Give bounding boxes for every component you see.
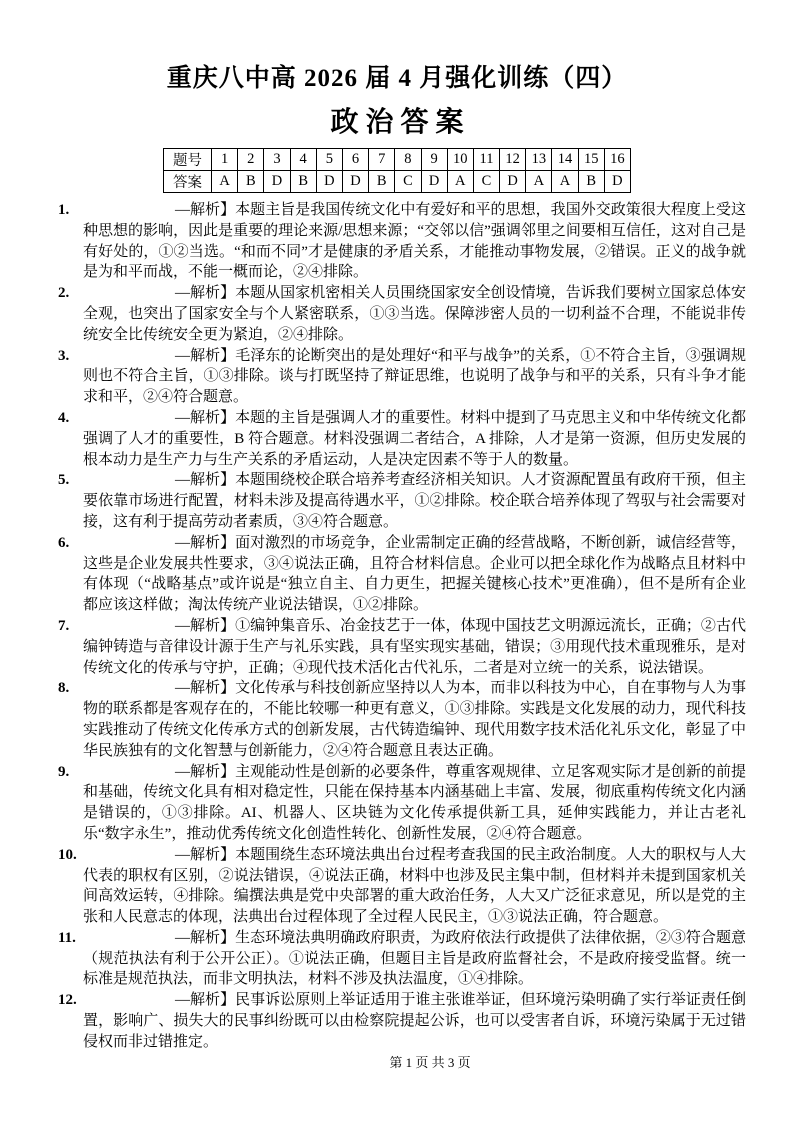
explanation-item: 6.—解析】面对激烈的市场竞争，企业需制定正确的经营战略，不断创新，诚信经营等，…: [0, 533, 794, 616]
explanation-item: 2.—解析】本题从国家机密相关人员围绕国家安全创设情境，告诉我们要树立国家总体安…: [0, 283, 794, 345]
subject-answer-heading: 政 治 答 案: [0, 105, 794, 141]
question-number-cell: 8: [395, 149, 421, 171]
answer-cell: A: [212, 171, 238, 193]
question-number: 7.: [58, 616, 69, 637]
row-label-cell: 题号: [164, 149, 212, 171]
question-number-cell: 4: [290, 149, 316, 171]
question-number-cell: 11: [473, 149, 499, 171]
question-number: 4.: [58, 408, 69, 429]
answer-cell: D: [500, 171, 526, 193]
explanation-item: 7.—解析】①编钟集音乐、冶金技艺于一体，体现中国技艺文明源远流长，正确；②古代…: [0, 616, 794, 678]
row-label-cell: 答案: [164, 171, 212, 193]
explanation-text: —解析】主观能动性是创新的必要条件，尊重客观规律、立足客观实际才是创新的前提和基…: [83, 762, 746, 845]
answer-cell: B: [290, 171, 316, 193]
question-number: 12.: [58, 990, 77, 1011]
answer-cell: D: [342, 171, 368, 193]
answer-cell: B: [238, 171, 264, 193]
question-number: 1.: [58, 200, 69, 221]
question-number: 11.: [58, 928, 76, 949]
question-number: 8.: [58, 678, 69, 699]
question-number-row: 题号12345678910111213141516: [164, 149, 631, 171]
question-number-cell: 13: [526, 149, 552, 171]
explanation-text: —解析】本题从国家机密相关人员围绕国家安全创设情境，告诉我们要树立国家总体安全观…: [83, 283, 746, 345]
explanation-text: —解析】面对激烈的市场竞争，企业需制定正确的经营战略，不断创新，诚信经营等，这些…: [83, 533, 746, 616]
answer-cell: C: [473, 171, 499, 193]
answer-row: 答案ABDBDDBCDACDAABD: [164, 171, 631, 193]
explanation-item: 8.—解析】文化传承与科技创新应坚持以人为本，而非以科技为中心，自在事物与人为事…: [0, 678, 794, 761]
answer-cell: C: [395, 171, 421, 193]
explanation-item: 10.—解析】本题围绕生态环境法典出台过程考查我国的民主政治制度。人大的职权与人…: [0, 845, 794, 928]
question-number: 6.: [58, 533, 69, 554]
explanation-item: 11.—解析】生态环境法典明确政府职责，为政府依法行政提供了法律依据，②③符合题…: [0, 928, 794, 990]
answer-cell: A: [447, 171, 473, 193]
question-number-cell: 2: [238, 149, 264, 171]
document-title: 重庆八中高 2026 届 4 月强化训练（四）: [0, 0, 794, 95]
question-number: 5.: [58, 470, 69, 491]
question-number-cell: 10: [447, 149, 473, 171]
answer-table: 题号12345678910111213141516答案ABDBDDBCDACDA…: [163, 148, 631, 193]
explanation-text: —解析】①编钟集音乐、冶金技艺于一体，体现中国技艺文明源远流长，正确；②古代编钟…: [83, 616, 746, 678]
question-number: 2.: [58, 283, 69, 304]
explanation-text: —解析】本题围绕校企联合培养考查经济相关知识。人才资源配置虽有政府干预，但主要依…: [83, 470, 746, 532]
answer-cell: B: [578, 171, 604, 193]
explanation-item: 4.—解析】本题的主旨是强调人才的重要性。材料中提到了马克思主义和中华传统文化都…: [0, 408, 794, 470]
explanation-text: —解析】文化传承与科技创新应坚持以人为本，而非以科技为中心，自在事物与人为事物的…: [83, 678, 746, 761]
question-number-cell: 9: [421, 149, 447, 171]
question-number-cell: 7: [369, 149, 395, 171]
question-number-cell: 12: [500, 149, 526, 171]
question-number-cell: 14: [552, 149, 578, 171]
explanation-list: 1.—解析】本题主旨是我国传统文化中有爱好和平的思想，我国外交政策很大程度上受这…: [0, 200, 794, 1053]
answer-cell: A: [552, 171, 578, 193]
explanation-text: —解析】毛泽东的论断突出的是处理好“和平与战争”的关系，①不符合主旨，③强调规则…: [83, 346, 746, 408]
explanation-text: —解析】民事诉讼原则上举证适用于谁主张谁举证，但环境污染明确了实行举证责任倒置，…: [83, 990, 746, 1052]
answer-cell: D: [264, 171, 290, 193]
answer-cell: B: [369, 171, 395, 193]
question-number-cell: 5: [316, 149, 342, 171]
explanation-text: —解析】本题的主旨是强调人才的重要性。材料中提到了马克思主义和中华传统文化都强调…: [83, 408, 746, 470]
question-number: 3.: [58, 346, 69, 367]
answer-cell: D: [421, 171, 447, 193]
explanation-item: 12.—解析】民事诉讼原则上举证适用于谁主张谁举证，但环境污染明确了实行举证责任…: [0, 990, 794, 1052]
page-number-footer: 第 1 页 共 3 页: [0, 1052, 794, 1071]
answer-cell: D: [316, 171, 342, 193]
explanation-text: —解析】本题围绕生态环境法典出台过程考查我国的民主政治制度。人大的职权与人大代表…: [83, 845, 746, 928]
question-number-cell: 16: [604, 149, 630, 171]
explanation-item: 9.—解析】主观能动性是创新的必要条件，尊重客观规律、立足客观实际才是创新的前提…: [0, 762, 794, 845]
explanation-text: —解析】生态环境法典明确政府职责，为政府依法行政提供了法律依据，②③符合题意（规…: [83, 928, 746, 990]
answer-cell: D: [604, 171, 630, 193]
explanation-item: 3.—解析】毛泽东的论断突出的是处理好“和平与战争”的关系，①不符合主旨，③强调…: [0, 346, 794, 408]
question-number: 10.: [58, 845, 77, 866]
question-number-cell: 3: [264, 149, 290, 171]
question-number-cell: 6: [342, 149, 368, 171]
document-page: 重庆八中高 2026 届 4 月强化训练（四） 政 治 答 案 题号123456…: [0, 0, 794, 1123]
question-number-cell: 1: [212, 149, 238, 171]
explanation-item: 1.—解析】本题主旨是我国传统文化中有爱好和平的思想，我国外交政策很大程度上受这…: [0, 200, 794, 283]
explanation-text: —解析】本题主旨是我国传统文化中有爱好和平的思想，我国外交政策很大程度上受这种思…: [83, 200, 746, 283]
question-number: 9.: [58, 762, 69, 783]
explanation-item: 5.—解析】本题围绕校企联合培养考查经济相关知识。人才资源配置虽有政府干预，但主…: [0, 470, 794, 532]
answer-cell: A: [526, 171, 552, 193]
question-number-cell: 15: [578, 149, 604, 171]
